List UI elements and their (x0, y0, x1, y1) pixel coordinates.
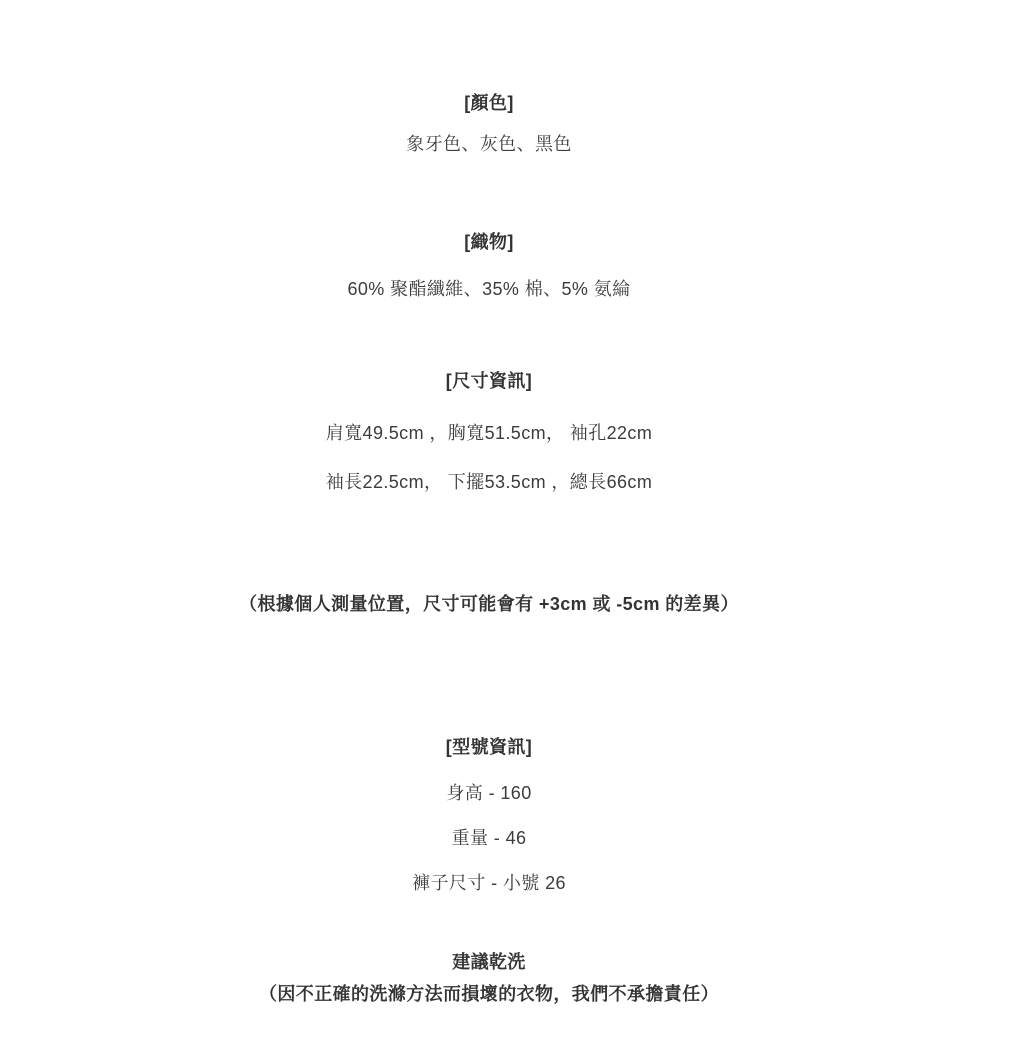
care-instruction-title: 建議乾洗 (0, 951, 978, 973)
size-tolerance-note: （根據個人測量位置，尺寸可能會有 +3cm 或 -5cm 的差異） (0, 593, 978, 615)
model-section-heading: [型號資訊] (0, 736, 978, 758)
fabric-section-heading: [織物] (0, 231, 978, 253)
model-weight: 重量 - 46 (0, 827, 978, 849)
size-measurements-line-1: 肩寬49.5cm ，胸寬51.5cm， 袖孔22cm (0, 422, 978, 444)
care-disclaimer: （因不正確的洗滌方法而損壞的衣物，我們不承擔責任） (0, 983, 978, 1005)
model-pants-size: 褲子尺寸 - 小號 26 (0, 872, 978, 894)
size-section-heading: [尺寸資訊] (0, 370, 978, 392)
color-section-heading: [顏色] (0, 92, 978, 114)
product-description-page: [顏色] 象牙色、灰色、黑色 [織物] 60% 聚酯纖維、35% 棉、5% 氨綸… (0, 0, 1024, 1052)
fabric-composition: 60% 聚酯纖維、35% 棉、5% 氨綸 (0, 278, 978, 300)
model-height: 身高 - 160 (0, 782, 978, 804)
size-measurements-line-2: 袖長22.5cm， 下擺53.5cm ，總長66cm (0, 471, 978, 493)
color-values: 象牙色、灰色、黑色 (0, 133, 978, 155)
